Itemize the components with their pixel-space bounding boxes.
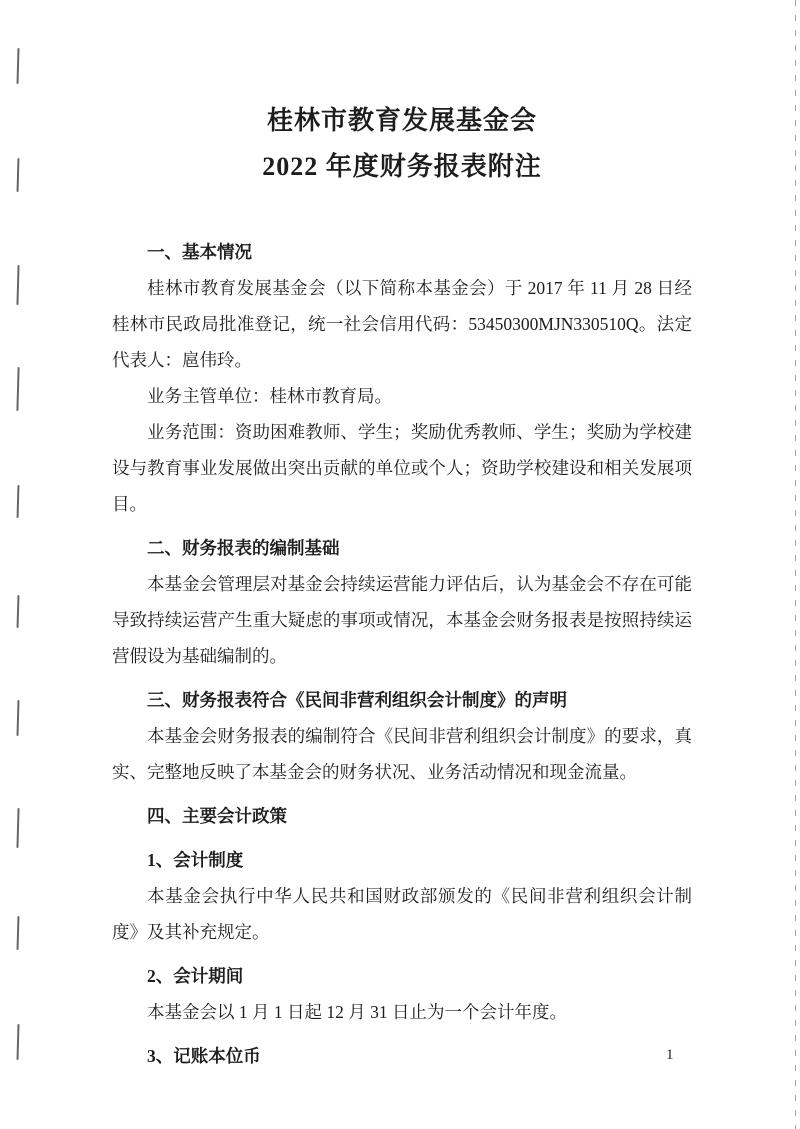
paragraph-accounting-system: 本基金会执行中华人民共和国财政部颁发的《民间非营利组织会计制度》及其补充规定。 — [112, 878, 692, 950]
paragraph-going-concern: 本基金会管理层对基金会持续运营能力评估后，认为基金会不存在可能导致持续运营产生重… — [112, 566, 692, 674]
document-body: 桂林市教育发展基金会 2022 年度财务报表附注 一、基本情况 桂林市教育发展基… — [112, 0, 692, 1074]
subsection-heading-functional-currency: 3、记账本位币 — [112, 1038, 692, 1074]
scan-artifact-mark — [16, 700, 19, 736]
paragraph-accounting-period: 本基金会以 1 月 1 日起 12 月 31 日止为一个会计年度。 — [112, 994, 692, 1030]
scan-artifact-mark — [17, 485, 20, 518]
document-subtitle: 2022 年度财务报表附注 — [112, 152, 692, 182]
section-heading-accounting-policies: 四、主要会计政策 — [112, 798, 692, 834]
paragraph-compliance: 本基金会财务报表的编制符合《民间非营利组织会计制度》的要求，真实、完整地反映了本… — [112, 718, 692, 790]
section-heading-compliance-statement: 三、财务报表符合《民间非营利组织会计制度》的声明 — [112, 682, 692, 718]
section-heading-preparation-basis: 二、财务报表的编制基础 — [112, 530, 692, 566]
scan-artifact-mark — [17, 595, 20, 628]
page-number: 1 — [666, 1047, 674, 1064]
subsection-heading-accounting-period: 2、会计期间 — [112, 958, 692, 994]
page-edge-line — [795, 0, 796, 1129]
paragraph-supervising-unit: 业务主管单位：桂林市教育局。 — [112, 378, 692, 414]
scan-artifact-mark — [17, 916, 20, 950]
paragraph-business-scope: 业务范围：资助困难教师、学生；奖励优秀教师、学生；奖励为学校建设与教育事业发展做… — [112, 414, 692, 522]
scan-artifact-mark — [16, 265, 19, 305]
scan-artifact-mark — [16, 48, 19, 84]
document-title: 桂林市教育发展基金会 — [112, 106, 692, 136]
scanned-document-page: 桂林市教育发展基金会 2022 年度财务报表附注 一、基本情况 桂林市教育发展基… — [0, 0, 800, 1129]
subsection-heading-accounting-system: 1、会计制度 — [112, 842, 692, 878]
scan-artifact-mark — [16, 367, 19, 411]
scan-artifact-mark — [16, 808, 19, 848]
paragraph-registration-info: 桂林市教育发展基金会（以下简称本基金会）于 2017 年 11 月 28 日经桂… — [112, 270, 692, 378]
scan-artifact-mark — [16, 1024, 19, 1060]
scan-artifact-mark — [17, 158, 20, 192]
section-heading-basic-info: 一、基本情况 — [112, 234, 692, 270]
